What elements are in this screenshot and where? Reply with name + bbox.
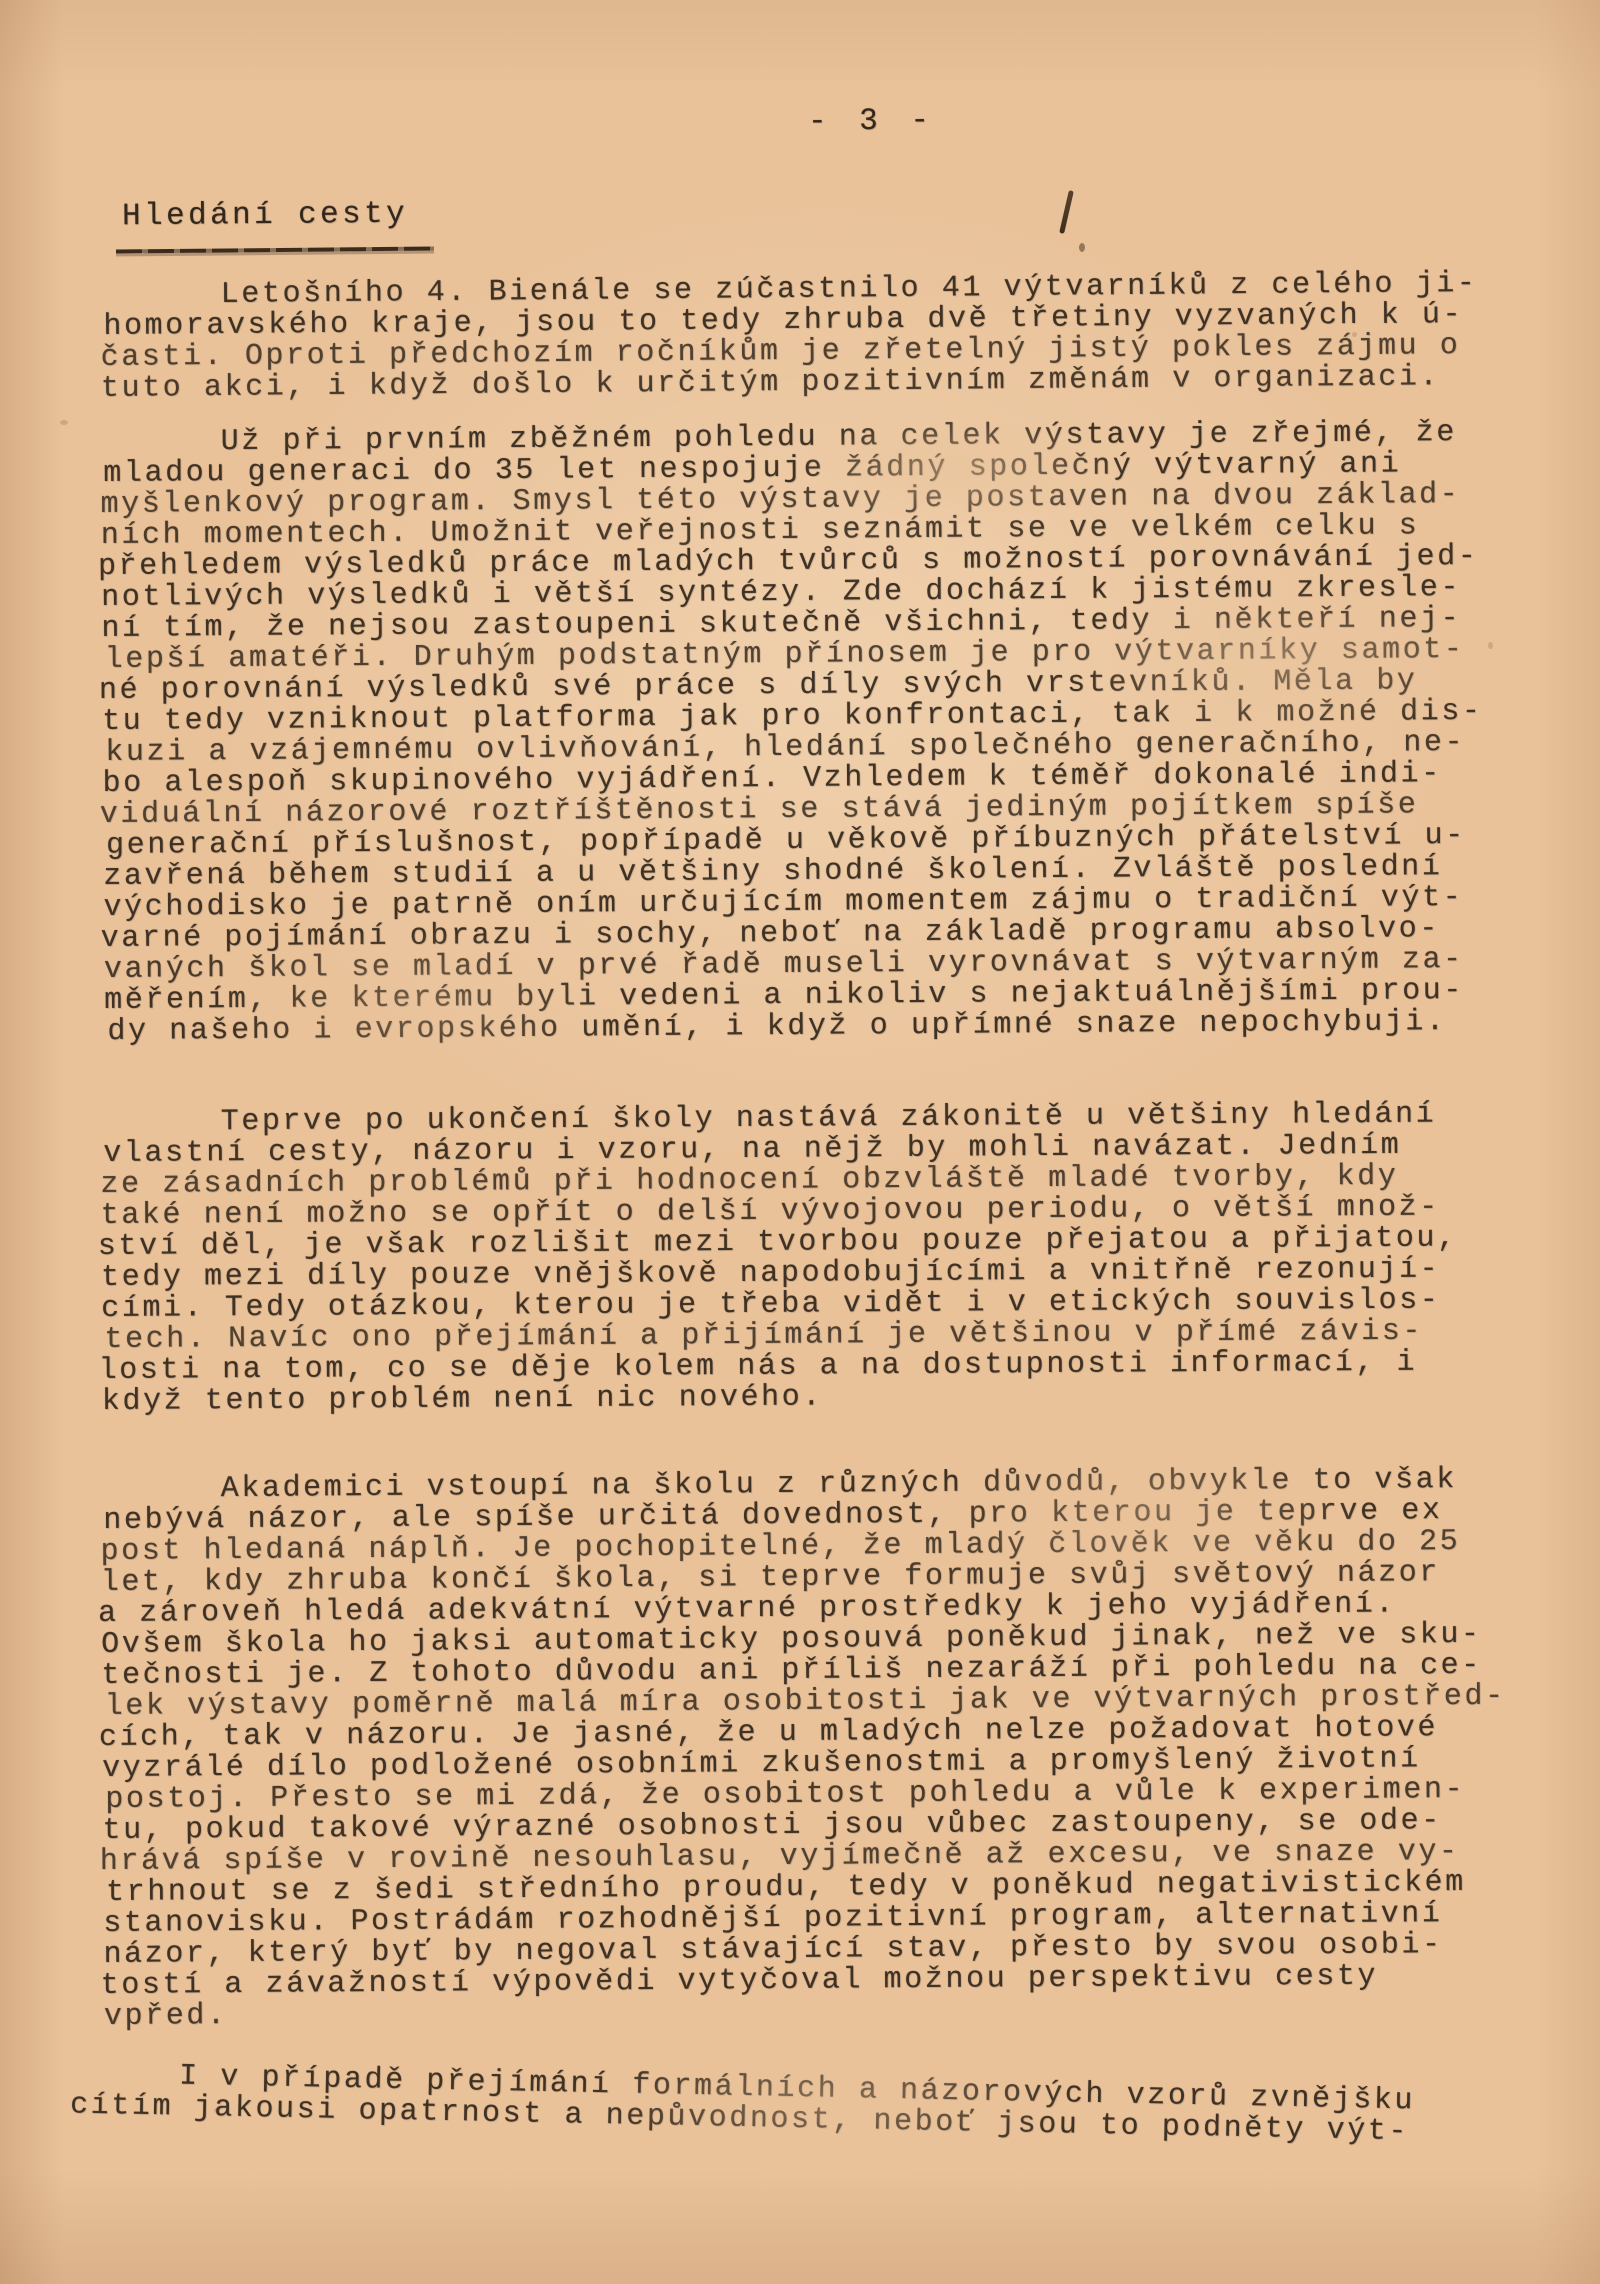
paper-speck bbox=[128, 1182, 135, 1187]
paper-speck bbox=[1352, 332, 1357, 337]
paper-speck bbox=[1488, 642, 1493, 649]
paragraph-2: Už při prvním zběžném pohledu na celek v… bbox=[100, 417, 1540, 1048]
document-page: - 3 - Hledání cesty Letošního 4. Bienále… bbox=[0, 0, 1600, 2284]
page-number: - 3 - bbox=[808, 105, 936, 137]
section-heading: Hledání cesty bbox=[122, 199, 408, 232]
text-line: když tento problém není nic nového. bbox=[102, 1378, 1537, 1418]
paper-speck bbox=[60, 420, 68, 425]
paper-speck bbox=[214, 2108, 220, 2113]
paragraph-1: Letošního 4. Bienále se zúčastnilo 41 vý… bbox=[100, 268, 1536, 405]
handwritten-dot-icon bbox=[1079, 243, 1085, 252]
paragraph-4: Akademici vstoupí na školu z různých dův… bbox=[100, 1464, 1539, 2033]
handwritten-stroke-icon bbox=[1059, 190, 1074, 234]
heading-underline bbox=[116, 246, 434, 253]
paragraph-5: I v případě přejímání formálních a názor… bbox=[99, 2060, 1535, 2151]
text-line: dy našeho i evropského umění, i když o u… bbox=[107, 1006, 1542, 1048]
paper-speck bbox=[702, 1572, 708, 1576]
paragraph-3: Teprve po ukončení školy nastává zákonit… bbox=[100, 1099, 1537, 1418]
